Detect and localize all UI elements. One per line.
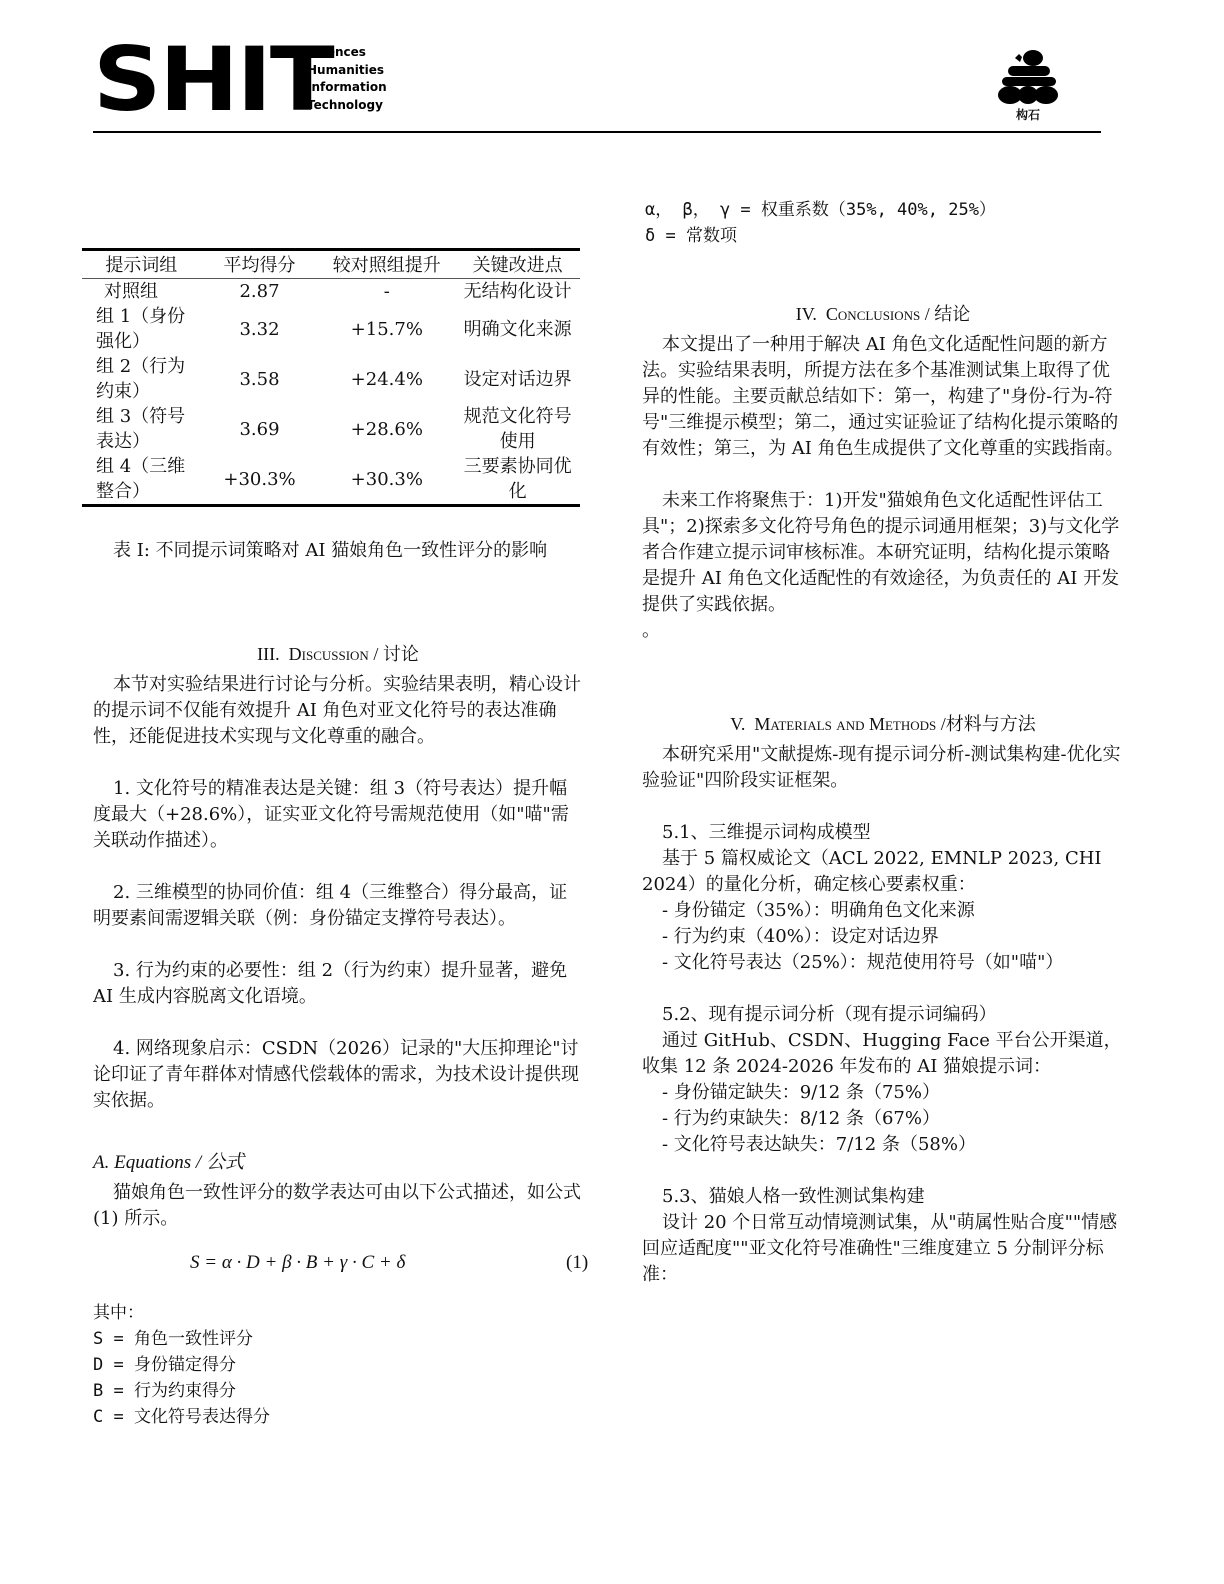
section-number: V. bbox=[730, 714, 745, 734]
discussion-point: 4. 网络现象启示：CSDN（2026）记录的"大压抑理论"讨论印证了青年群体对… bbox=[93, 1036, 583, 1114]
cell-group: 组 4（三维整合） bbox=[82, 454, 201, 506]
methods-body: 本研究采用"文献提炼-现有提示词分析-测试集构建-优化实验验证"四阶段实证框架。… bbox=[642, 742, 1124, 1288]
cell-group: 组 3（符号表达） bbox=[82, 404, 201, 454]
list-item: - 身份锚定缺失：9/12 条（75%） bbox=[642, 1080, 1124, 1106]
cell-key: 三要素协同优化 bbox=[455, 454, 580, 506]
discussion-body: 本节对实验结果进行讨论与分析。实验结果表明，精心设计的提示词不仅能有效提升 AI… bbox=[93, 672, 583, 1114]
logo-line: Sciences bbox=[307, 44, 387, 62]
section-title-zh: /材料与方法 bbox=[936, 714, 1036, 734]
equations-intro: 猫娘角色一致性评分的数学表达可由以下公式描述，如公式 (1) 所示。 bbox=[93, 1180, 583, 1232]
equation-formula: S = α · D + β · B + γ · C + δ bbox=[190, 1252, 590, 1274]
section-number: IV. bbox=[796, 304, 817, 324]
list-item: - 文化符号表达缺失：7/12 条（58%） bbox=[642, 1132, 1124, 1158]
emblem: 构石 bbox=[993, 46, 1063, 124]
cell-improvement: +15.7% bbox=[318, 304, 455, 354]
cell-improvement: +24.4% bbox=[318, 354, 455, 404]
cell-group: 对照组 bbox=[82, 279, 201, 305]
section-title-conclusions: IV. Conclusions / 结论 bbox=[642, 300, 1124, 326]
table-row: 组 2（行为约束） 3.58 +24.4% 设定对话边界 bbox=[82, 354, 580, 404]
subsection-body: 通过 GitHub、CSDN、Hugging Face 平台公开渠道，收集 12… bbox=[642, 1028, 1124, 1080]
logo-line: Information bbox=[307, 79, 387, 97]
subsection-heading-equations: A. Equations / 公式 bbox=[93, 1147, 244, 1174]
cell-score: 3.32 bbox=[201, 304, 319, 354]
col-header: 关键改进点 bbox=[455, 250, 580, 279]
logo-line: Technology bbox=[307, 97, 387, 115]
conclusions-para: 本文提出了一种用于解决 AI 角色文化适配性问题的新方法。实验结果表明，所提方法… bbox=[642, 332, 1124, 462]
cell-key: 设定对话边界 bbox=[455, 354, 580, 404]
section-title-zh: / 结论 bbox=[920, 304, 970, 324]
col-header: 较对照组提升 bbox=[318, 250, 455, 279]
section-title-en: Conclusions bbox=[826, 304, 920, 324]
cell-improvement: - bbox=[318, 279, 455, 305]
cell-group: 组 1（身份强化） bbox=[82, 304, 201, 354]
discussion-point: 1. 文化符号的精准表达是关键：组 3（符号表达）提升幅度最大（+28.6%），… bbox=[93, 776, 583, 854]
col-header: 平均得分 bbox=[201, 250, 319, 279]
cell-group: 组 2（行为约束） bbox=[82, 354, 201, 404]
where-label: 其中： bbox=[93, 1300, 583, 1326]
stray-punctuation: 。 bbox=[642, 618, 1124, 644]
section-title-methods: V. Materials and Methods /材料与方法 bbox=[642, 710, 1124, 736]
cell-key: 无结构化设计 bbox=[455, 279, 580, 305]
table-row: 组 3（符号表达） 3.69 +28.6% 规范文化符号使用 bbox=[82, 404, 580, 454]
results-table: 提示词组 平均得分 较对照组提升 关键改进点 对照组 2.87 - 无结构化设计… bbox=[82, 248, 580, 507]
definition-item: S = 角色一致性评分 bbox=[93, 1326, 583, 1352]
equation-number: (1) bbox=[566, 1252, 588, 1274]
cell-improvement: +30.3% bbox=[318, 454, 455, 506]
cell-score: 3.69 bbox=[201, 404, 319, 454]
definition-item: D = 身份锚定得分 bbox=[93, 1352, 583, 1378]
table-header-row: 提示词组 平均得分 较对照组提升 关键改进点 bbox=[82, 250, 580, 279]
definition-item: δ = 常数项 bbox=[645, 223, 1125, 249]
discussion-intro: 本节对实验结果进行讨论与分析。实验结果表明，精心设计的提示词不仅能有效提升 AI… bbox=[93, 672, 583, 750]
cell-score: 3.58 bbox=[201, 354, 319, 404]
list-item: - 行为约束（40%）：设定对话边界 bbox=[642, 924, 1124, 950]
subsection-title: 5.2、现有提示词分析（现有提示词编码） bbox=[642, 1002, 1124, 1028]
equation-definitions: 其中： S = 角色一致性评分 D = 身份锚定得分 B = 行为约束得分 C … bbox=[93, 1300, 583, 1430]
equation-definitions-cont: α， β， γ = 权重系数（35%, 40%, 25%） δ = 常数项 bbox=[645, 197, 1125, 249]
list-item: - 文化符号表达（25%）：规范使用符号（如"喵"） bbox=[642, 950, 1124, 976]
cell-score: 2.87 bbox=[201, 279, 319, 305]
emblem-label: 构石 bbox=[993, 106, 1063, 123]
stone-pile-icon bbox=[993, 46, 1063, 106]
cell-improvement: +28.6% bbox=[318, 404, 455, 454]
conclusions-para: 未来工作将聚焦于：1)开发"猫娘角色文化适配性评估工具"；2)探索多文化符号角色… bbox=[642, 488, 1124, 618]
definition-item: C = 文化符号表达得分 bbox=[93, 1404, 583, 1430]
list-item: - 身份锚定（35%）：明确角色文化来源 bbox=[642, 898, 1124, 924]
masthead: SHIT Sciences Humanities Information Tec… bbox=[93, 38, 1101, 133]
list-item: - 行为约束缺失：8/12 条（67%） bbox=[642, 1106, 1124, 1132]
subsection-title: 5.1、三维提示词构成模型 bbox=[642, 820, 1124, 846]
section-title-en: Materials and Methods bbox=[754, 714, 936, 734]
definition-item: B = 行为约束得分 bbox=[93, 1378, 583, 1404]
section-title-en: Discussion bbox=[289, 644, 369, 664]
section-number: III. bbox=[257, 644, 279, 664]
cell-score: +30.3% bbox=[201, 454, 319, 506]
definition-item: α， β， γ = 权重系数（35%, 40%, 25%） bbox=[645, 197, 1125, 223]
section-title-discussion: III. Discussion / 讨论 bbox=[93, 640, 583, 666]
cell-key: 规范文化符号使用 bbox=[455, 404, 580, 454]
discussion-point: 3. 行为约束的必要性：组 2（行为约束）提升显著，避免 AI 生成内容脱离文化… bbox=[93, 958, 583, 1010]
subsection-title: 5.3、猫娘人格一致性测试集构建 bbox=[642, 1184, 1124, 1210]
conclusions-body: 本文提出了一种用于解决 AI 角色文化适配性问题的新方法。实验结果表明，所提方法… bbox=[642, 332, 1124, 644]
table-row: 对照组 2.87 - 无结构化设计 bbox=[82, 279, 580, 305]
table-caption: 表 I: 不同提示词策略对 AI 猫娘角色一致性评分的影响 bbox=[93, 538, 583, 564]
methods-intro: 本研究采用"文献提炼-现有提示词分析-测试集构建-优化实验验证"四阶段实证框架。 bbox=[642, 742, 1124, 794]
subsection-body: 设计 20 个日常互动情境测试集，从"萌属性贴合度""情感回应适配度""亚文化符… bbox=[642, 1210, 1124, 1288]
subsection-body: 基于 5 篇权威论文（ACL 2022, EMNLP 2023, CHI 202… bbox=[642, 846, 1124, 898]
table-row: 组 4（三维整合） +30.3% +30.3% 三要素协同优化 bbox=[82, 454, 580, 506]
cell-key: 明确文化来源 bbox=[455, 304, 580, 354]
logo-line: Humanities bbox=[307, 62, 387, 80]
header-rule bbox=[93, 131, 1101, 133]
journal-logo: SHIT bbox=[93, 38, 333, 122]
section-title-zh: / 讨论 bbox=[369, 644, 419, 664]
col-header: 提示词组 bbox=[82, 250, 201, 279]
table-row: 组 1（身份强化） 3.32 +15.7% 明确文化来源 bbox=[82, 304, 580, 354]
journal-subtitle: Sciences Humanities Information Technolo… bbox=[307, 44, 387, 114]
discussion-point: 2. 三维模型的协同价值：组 4（三维整合）得分最高，证明要素间需逻辑关联（例：… bbox=[93, 880, 583, 932]
